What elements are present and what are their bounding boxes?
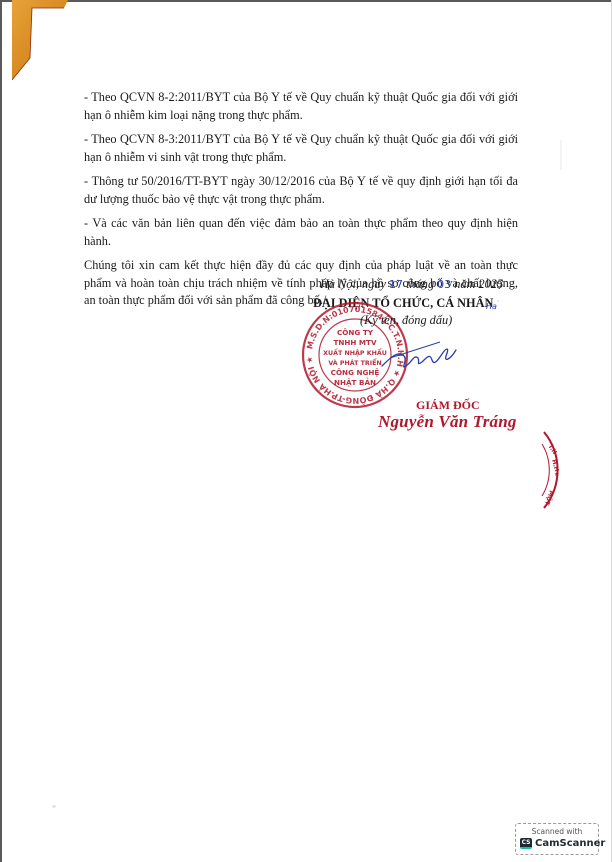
scan-speck [52,805,56,808]
regulation-item: - Theo QCVN 8-2:2011/BYT của Bộ Y tế về … [84,89,518,124]
watermark-brand: CamScanner [535,838,605,849]
partial-seal-icon: T.N H.H ★ MỘT [540,430,574,510]
regulation-item: - Và các văn bản liên quan đến việc đảm … [84,215,518,250]
svg-text:CÔNG NGHỆ: CÔNG NGHỆ [331,368,380,377]
camscanner-watermark: Scanned with CS CamScanner [515,823,599,855]
camscanner-logo-icon: CS [520,838,532,849]
regulation-item: - Thông tư 50/2016/TT-BYT ngày 30/12/201… [84,173,518,208]
handwritten-initial: Ha [486,302,497,311]
viewer-left-border [0,0,2,862]
folded-corner-icon [12,0,68,80]
date-year: năm 2025 [454,277,503,291]
viewer-top-border [0,0,612,2]
scan-speck [497,300,499,302]
svg-text:TNHH MTV: TNHH MTV [333,338,377,347]
svg-text:CÔNG TY: CÔNG TY [337,328,374,337]
svg-text:★: ★ [554,471,559,478]
date-line: Hà Nội, ngày 17 tháng 03 năm 2025 [320,277,503,292]
director-name: Nguyễn Văn Tráng [378,412,517,432]
date-month: 03 [437,278,451,291]
watermark-caption: Scanned with [516,827,598,836]
svg-text:XUẤT NHẬP KHẨU: XUẤT NHẬP KHẨU [323,347,387,357]
svg-text:NHẬT BẢN: NHẬT BẢN [334,377,376,387]
regulation-item: - Theo QCVN 8-3:2011/BYT của Bộ Y tế về … [84,131,518,166]
director-title: GIÁM ĐỐC [416,398,480,413]
representative-note: (Ký tên, đóng dấu) [360,313,452,328]
date-prefix: Hà Nội, ngày [320,277,386,291]
date-month-label: tháng [406,277,434,291]
date-day: 17 [389,278,403,291]
svg-text:VÀ PHÁT TRIỂN: VÀ PHÁT TRIỂN [328,357,381,367]
signature-icon [380,336,460,376]
scan-speck [560,140,562,170]
